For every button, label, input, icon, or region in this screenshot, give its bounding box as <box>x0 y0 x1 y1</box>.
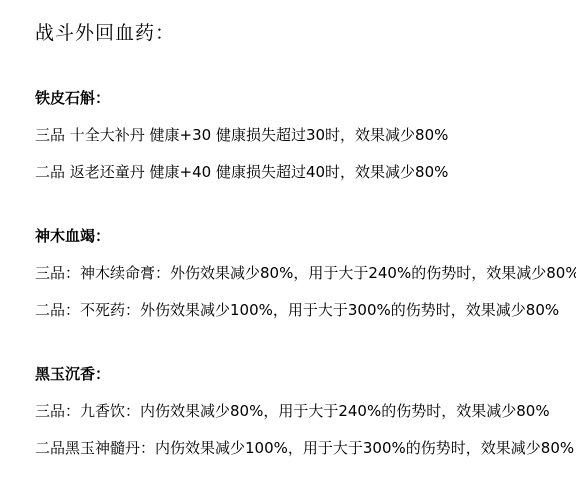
section-heading-heiyu-chenxiang: 黑玉沉香： <box>35 365 558 384</box>
item-line-busiyao: 二品：不死药：外伤效果减少100%，用于大于300%的伤势时，效果减少80% <box>35 301 558 320</box>
item-line-fanlao-huantongdan: 二品 返老还童丹 健康+40 健康损失超过40时，效果减少80% <box>35 163 558 182</box>
item-line-shenmu-xumingao: 三品：神木续命膏：外伤效果减少80%，用于大于240%的伤势时，效果减少80% <box>35 264 558 283</box>
section-heading-shenmu-xuejie: 神木血竭： <box>35 227 558 246</box>
item-line-heiyu-shensuidan: 二品黑玉神髓丹：内伤效果减少100%，用于大于300%的伤势时，效果减少80% <box>35 439 558 458</box>
page-title: 战斗外回血药： <box>35 22 558 44</box>
section-heiyu-chenxiang: 黑玉沉香： 三品：九香饮：内伤效果减少80%，用于大于240%的伤势时，效果减少… <box>35 365 558 458</box>
section-tiepi-shihu: 铁皮石斛： 三品 十全大补丹 健康+30 健康损失超过30时，效果减少80% 二… <box>35 89 558 182</box>
item-line-jiuxiangyin: 三品：九香饮：内伤效果减少80%，用于大于240%的伤势时，效果减少80% <box>35 402 558 421</box>
section-heading-tiepi-shihu: 铁皮石斛： <box>35 89 558 108</box>
document-page: 战斗外回血药： 铁皮石斛： 三品 十全大补丹 健康+30 健康损失超过30时，效… <box>0 0 576 481</box>
section-shenmu-xuejie: 神木血竭： 三品：神木续命膏：外伤效果减少80%，用于大于240%的伤势时，效果… <box>35 227 558 320</box>
item-line-shiquan-dabudan: 三品 十全大补丹 健康+30 健康损失超过30时，效果减少80% <box>35 126 558 145</box>
